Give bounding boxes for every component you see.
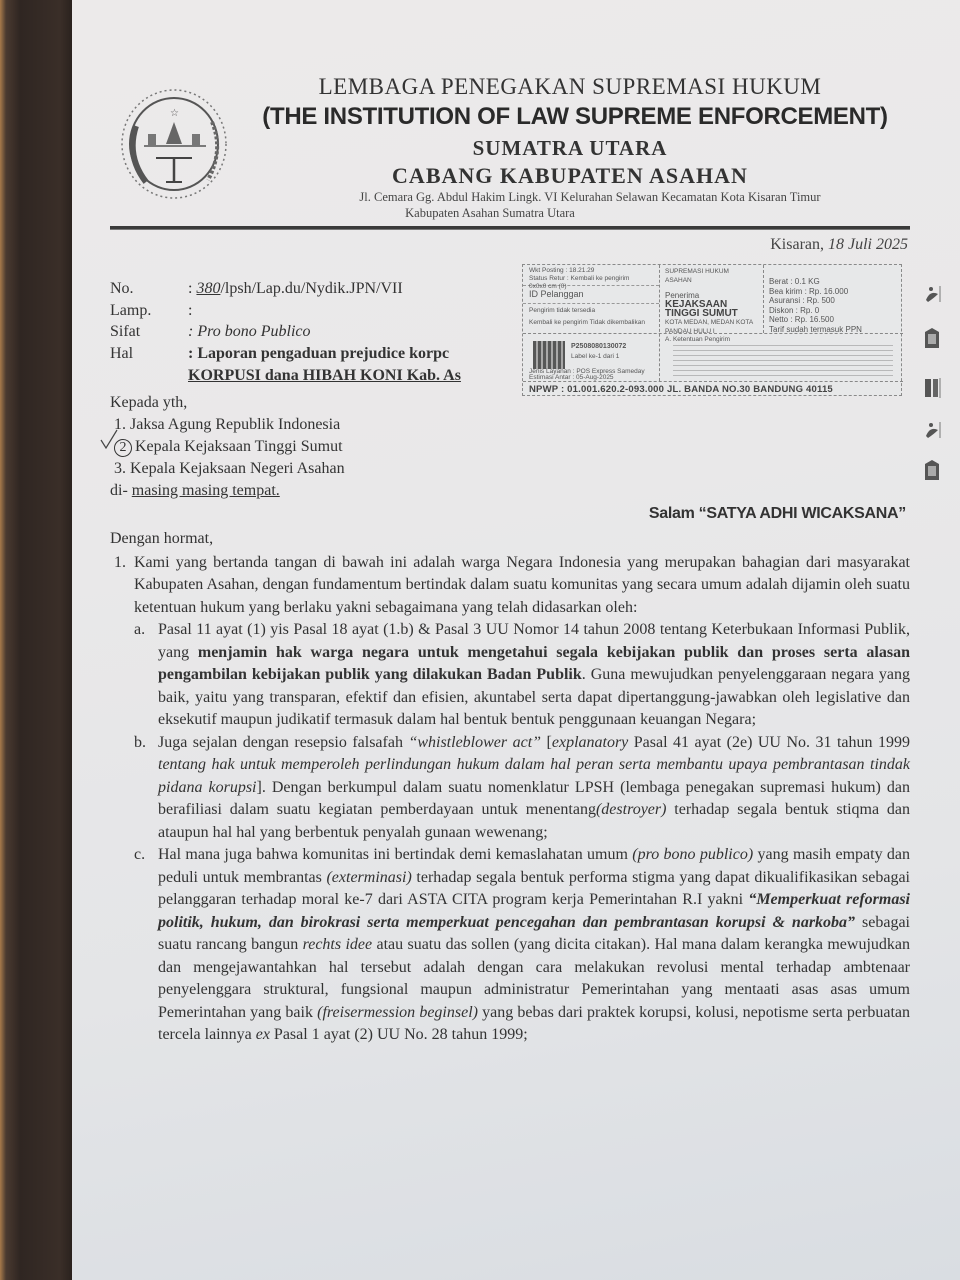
letter-body: Dengan hormat, 1. Kami yang bertanda tan… — [110, 528, 910, 1047]
tracking-number: P2508080130072 — [571, 343, 626, 350]
pos-badge-icon — [922, 458, 942, 482]
letter-subject: Hal: Laporan pengaduan prejudice korpc — [110, 345, 449, 363]
address-line-2: Kabupaten Asahan Sumatra Utara — [270, 206, 710, 221]
letter-subject-line-2: KORPUSI dana HIBAH KONI Kab. As — [188, 367, 461, 385]
body-subitem-c: c. Hal mana juga bahwa komunitas ini ber… — [134, 844, 910, 1047]
letterhead-divider — [110, 226, 910, 230]
pos-ind-logo-icon — [922, 376, 942, 400]
greeting: Dengan hormat, — [110, 528, 910, 551]
organization-seal-icon: ☆ — [116, 86, 232, 202]
org-name-english: (THE INSTITUTION OF LAW SUPREME ENFORCEM… — [230, 103, 920, 131]
branch-title: CABANG KABUPATEN ASAHAN — [240, 163, 900, 189]
body-subitem-a: a. Pasal 11 ayat (1) yis Pasal 18 ayat (… — [134, 619, 910, 732]
letter-nature: Sifat: Pro bono Publico — [110, 323, 311, 341]
postal-receipt: Wkt Posting : 18.21.29 Status Retur : Ke… — [522, 264, 902, 396]
receipt-recipient: Penerima KEJAKSAAN TINGGI SUMUT KOTA MED… — [665, 291, 761, 336]
letter-date: Kisaran, 18 Juli 2025 — [770, 236, 908, 254]
receipt-customer-id: ID Pelanggan — [529, 289, 584, 299]
pos-badge-icon — [922, 326, 942, 350]
address-line-1: Jl. Cemara Gg. Abdul Hakim Lingk. VI Kel… — [270, 190, 910, 205]
receipt-costs: Berat : 0.1 KG Bea kirim : Rp. 16.000 As… — [769, 277, 862, 334]
recipients-place: di- masing masing tempat. — [110, 482, 280, 500]
receipt-terms: A. Ketentuan Pengirim — [665, 336, 730, 343]
letter-attachment: Lamp.: — [110, 302, 192, 320]
body-item-1: 1. Kami yang bertanda tangan di bawah in… — [110, 552, 910, 1047]
org-name: LEMBAGA PENEGAKAN SUPREMASI HUKUM — [240, 74, 900, 100]
receipt-service: Jenis Layanan : POS Express Sameday Esti… — [529, 369, 645, 381]
salutation: Salam “SATYA ADHI WICAKSANA” — [649, 505, 906, 523]
receipt-posting-info: Wkt Posting : 18.21.29 Status Retur : Ke… — [529, 267, 629, 291]
region-title: SUMATRA UTARA — [240, 136, 900, 161]
recipient-item: 1. Jaksa Agung Republik Indonesia — [114, 416, 340, 434]
receipt-options: Kembali ke pengirim Tidak dikembalikan — [529, 319, 645, 326]
qr-code-icon — [533, 341, 565, 369]
body-subitem-b: b. Juga sejalan dengan resepsio falsafah… — [134, 732, 910, 845]
binder-edge — [0, 0, 72, 1280]
recipients-intro: Kepada yth, — [110, 394, 187, 412]
recipient-item: 2Kepala Kejaksaan Tinggi Sumut — [114, 438, 343, 457]
letter-number: No.: 380/lpsh/Lap.du/Nydik.JPN/VII — [110, 280, 403, 298]
recipient-item: 3. Kepala Kejaksaan Negeri Asahan — [114, 460, 345, 478]
receipt-sender: SUPREMASI HUKUM ASAHAN — [665, 267, 729, 285]
pos-logo-icon — [922, 282, 942, 306]
pos-logo-icon — [922, 418, 942, 442]
handwritten-check-icon — [100, 428, 118, 450]
receipt-npwp: NPWP : 01.001.620.2-093.000 JL. BANDA NO… — [529, 384, 833, 395]
svg-text:☆: ☆ — [170, 108, 179, 119]
receipt-terms-text — [673, 345, 893, 377]
